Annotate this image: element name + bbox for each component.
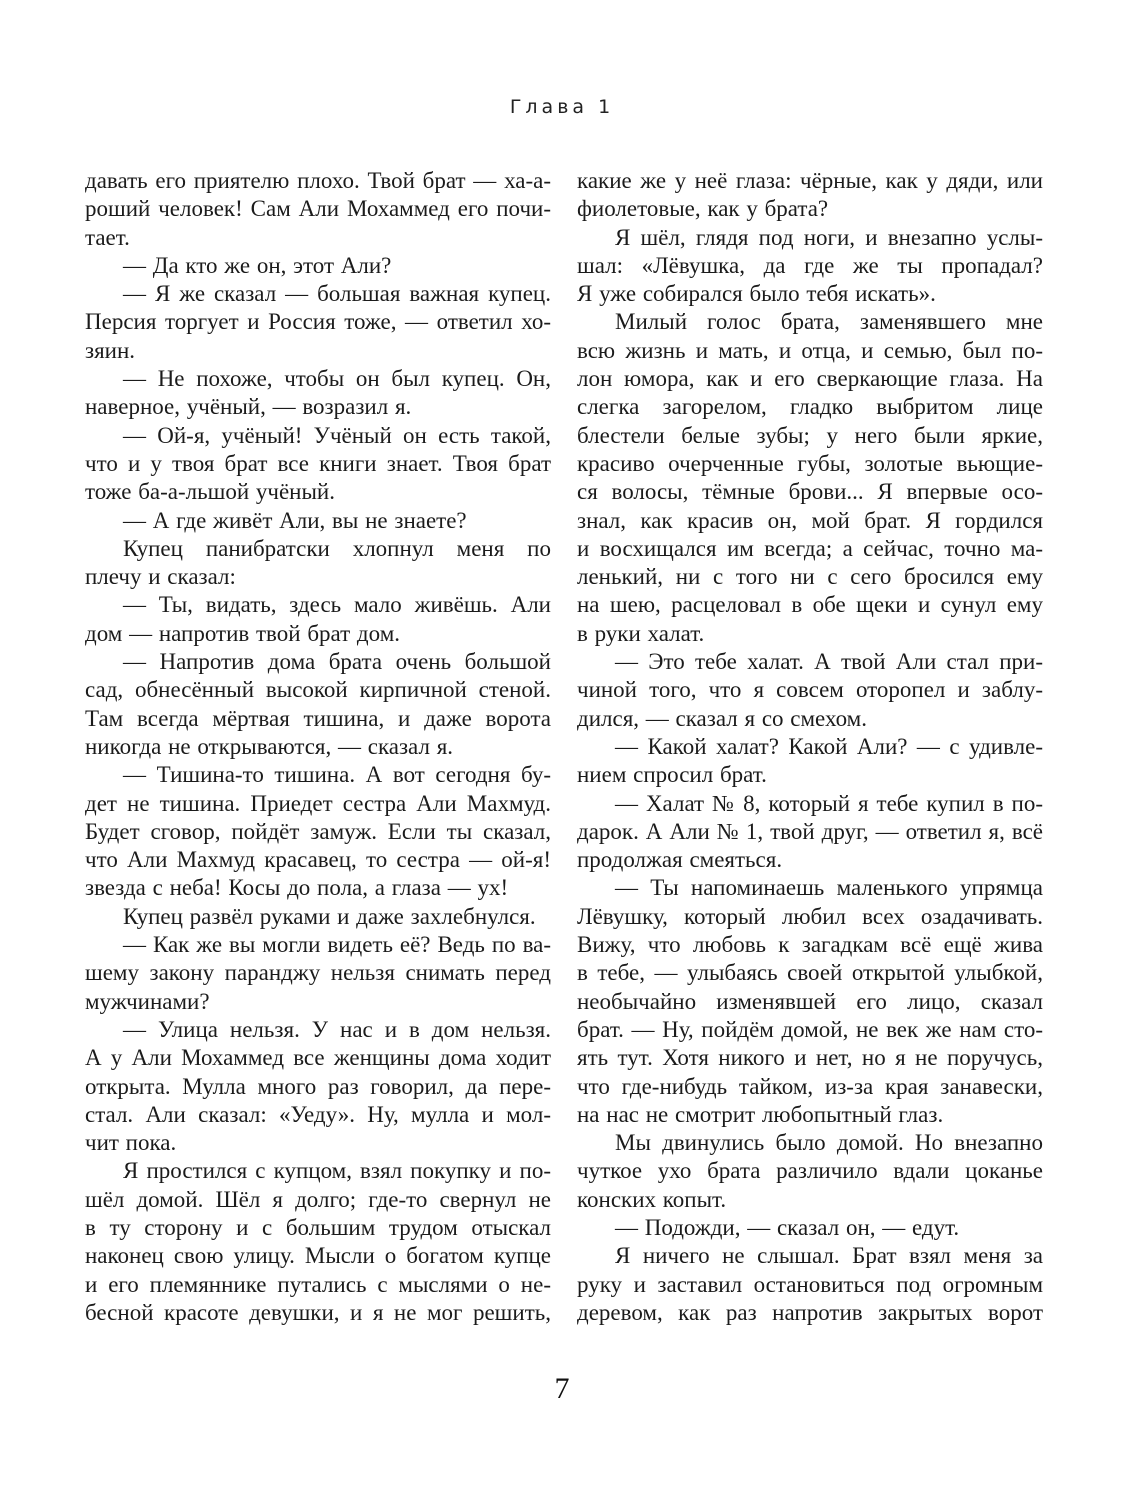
text-line: что где-нибудь тайком, из-за края занаве… bbox=[577, 1073, 1043, 1101]
text-line: ять тут. Хотя никого и нет, но я не пору… bbox=[577, 1044, 1043, 1072]
text-line: брат. — Ну, пойдём домой, не век же нам … bbox=[577, 1016, 1043, 1044]
text-line: Я уже собирался было тебя искать». bbox=[577, 280, 1043, 308]
text-line: — Халат № 8, который я тебе купил в по- bbox=[577, 790, 1043, 818]
text-line: деревом, как раз напротив закрытых ворот bbox=[577, 1299, 1043, 1327]
text-line: дом — напротив твой брат дом. bbox=[85, 620, 551, 648]
text-line: дился, — сказал я со смехом. bbox=[577, 705, 1043, 733]
text-line: и его племяннике путались с мыслями о не… bbox=[85, 1271, 551, 1299]
text-line: Там всегда мёртвая тишина, и даже ворота bbox=[85, 705, 551, 733]
text-line: — Не похоже, чтобы он был купец. Он, bbox=[85, 365, 551, 393]
text-line: в ту сторону и с большим трудом отыскал bbox=[85, 1214, 551, 1242]
text-line: чиной того, что я совсем оторопел и забл… bbox=[577, 676, 1043, 704]
text-line: знал, как красив он, мой брат. Я гордилс… bbox=[577, 507, 1043, 535]
text-line: — Ты напоминаешь маленького упрямца bbox=[577, 874, 1043, 902]
text-line: красиво очерченные губы, золотые вьющие- bbox=[577, 450, 1043, 478]
text-line: Персия торгует и Россия тоже, — ответил … bbox=[85, 308, 551, 336]
text-line: руку и заставил остановиться под огромны… bbox=[577, 1271, 1043, 1299]
text-line: фиолетовые, как у брата? bbox=[577, 195, 1043, 223]
text-line: — Как же вы могли видеть её? Ведь по ва- bbox=[85, 931, 551, 959]
right-column: какие же у неё глаза: чёрные, как у дяди… bbox=[577, 167, 1043, 1327]
text-line: продолжая смеяться. bbox=[577, 846, 1043, 874]
text-line: Будет сговор, пойдёт замуж. Если ты сказ… bbox=[85, 818, 551, 846]
text-line: Вижу, что любовь к загадкам всё ещё жива bbox=[577, 931, 1043, 959]
text-line: — Это тебе халат. А твой Али стал при- bbox=[577, 648, 1043, 676]
text-line: всю жизнь и мать, и отца, и семью, был п… bbox=[577, 337, 1043, 365]
text-line: дет не тишина. Приедет сестра Али Махмуд… bbox=[85, 790, 551, 818]
text-line: какие же у неё глаза: чёрные, как у дяди… bbox=[577, 167, 1043, 195]
text-line: в руки халат. bbox=[577, 620, 1043, 648]
text-line: звезда с неба! Косы до пола, а глаза — у… bbox=[85, 874, 551, 902]
text-line: нием спросил брат. bbox=[577, 761, 1043, 789]
text-line: лон юмора, как и его сверкающие глаза. Н… bbox=[577, 365, 1043, 393]
text-line: что Али Махмуд красавец, то сестра — ой-… bbox=[85, 846, 551, 874]
text-columns: давать его приятелю плохо. Твой брат — х… bbox=[85, 167, 1043, 1327]
text-line: тоже ба-а-льшой учёный. bbox=[85, 478, 551, 506]
text-line: — Подожди, — сказал он, — едут. bbox=[577, 1214, 1043, 1242]
text-line: на нас не смотрит любопытный глаз. bbox=[577, 1101, 1043, 1129]
text-line: что и у твоя брат все книги знает. Твоя … bbox=[85, 450, 551, 478]
text-line: — Тишина-то тишина. А вот сегодня бу- bbox=[85, 761, 551, 789]
text-line: зяин. bbox=[85, 337, 551, 365]
text-line: наверное, учёный, — возразил я. bbox=[85, 393, 551, 421]
text-line: шему закону паранджу нельзя снимать пере… bbox=[85, 959, 551, 987]
text-line: — А где живёт Али, вы не знаете? bbox=[85, 507, 551, 535]
text-line: бесной красоте девушки, и я не мог решит… bbox=[85, 1299, 551, 1327]
text-line: открыта. Мулла много раз говорил, да пер… bbox=[85, 1073, 551, 1101]
text-line: роший человек! Сам Али Мохаммед его почи… bbox=[85, 195, 551, 223]
text-line: слегка загорелом, гладко выбритом лице bbox=[577, 393, 1043, 421]
text-line: мужчинами? bbox=[85, 988, 551, 1016]
text-line: в тебе, — улыбаясь своей открытой улыбко… bbox=[577, 959, 1043, 987]
left-column: давать его приятелю плохо. Твой брат — х… bbox=[85, 167, 551, 1327]
text-line: — Какой халат? Какой Али? — с удивле- bbox=[577, 733, 1043, 761]
text-line: стал. Али сказал: «Уеду». Ну, мулла и мо… bbox=[85, 1101, 551, 1129]
text-line: дарок. А Али № 1, твой друг, — ответил я… bbox=[577, 818, 1043, 846]
chapter-header: Глава 1 bbox=[0, 96, 1124, 118]
text-line: наконец свою улицу. Мысли о богатом купц… bbox=[85, 1242, 551, 1270]
text-line: Купец развёл руками и даже захлебнулся. bbox=[85, 903, 551, 931]
text-line: Я шёл, глядя под ноги, и внезапно услы- bbox=[577, 224, 1043, 252]
text-line: блестели белые зубы; у него были яркие, bbox=[577, 422, 1043, 450]
text-line: и восхищался им всегда; а сейчас, точно … bbox=[577, 535, 1043, 563]
text-line: давать его приятелю плохо. Твой брат — х… bbox=[85, 167, 551, 195]
text-line: Лёвушку, который любил всех озадачивать. bbox=[577, 903, 1043, 931]
text-line: — Ой-я, учёный! Учёный он есть такой, bbox=[85, 422, 551, 450]
text-line: чуткое ухо брата различило вдали цоканье bbox=[577, 1157, 1043, 1185]
text-line: плечу и сказал: bbox=[85, 563, 551, 591]
text-line: конских копыт. bbox=[577, 1186, 1043, 1214]
text-line: чит пока. bbox=[85, 1129, 551, 1157]
text-line: — Я же сказал — большая важная купец. bbox=[85, 280, 551, 308]
text-line: сад, обнесённый высокой кирпичной стеной… bbox=[85, 676, 551, 704]
text-line: шёл домой. Шёл я долго; где-то свернул н… bbox=[85, 1186, 551, 1214]
text-line: Купец панибратски хлопнул меня по bbox=[85, 535, 551, 563]
text-line: А у Али Мохаммед все женщины дома ходит bbox=[85, 1044, 551, 1072]
text-line: необычайно изменявшей его лицо, сказал bbox=[577, 988, 1043, 1016]
text-line: тает. bbox=[85, 224, 551, 252]
text-line: Я простился с купцом, взял покупку и по- bbox=[85, 1157, 551, 1185]
text-line: — Ты, видать, здесь мало живёшь. Али bbox=[85, 591, 551, 619]
page-number: 7 bbox=[0, 1372, 1124, 1406]
text-line: Мы двинулись было домой. Но внезапно bbox=[577, 1129, 1043, 1157]
text-line: шал: «Лёвушка, да где же ты пропадал? bbox=[577, 252, 1043, 280]
text-line: на шею, расцеловал в обе щеки и сунул ем… bbox=[577, 591, 1043, 619]
text-line: — Да кто же он, этот Али? bbox=[85, 252, 551, 280]
text-line: Милый голос брата, заменявшего мне bbox=[577, 308, 1043, 336]
text-line: никогда не открываются, — сказал я. bbox=[85, 733, 551, 761]
text-line: Я ничего не слышал. Брат взял меня за bbox=[577, 1242, 1043, 1270]
text-line: — Улица нельзя. У нас и в дом нельзя. bbox=[85, 1016, 551, 1044]
text-line: ся волосы, тёмные брови... Я впервые осо… bbox=[577, 478, 1043, 506]
text-line: ленький, ни с того ни с сего бросился ем… bbox=[577, 563, 1043, 591]
text-line: — Напротив дома брата очень большой bbox=[85, 648, 551, 676]
